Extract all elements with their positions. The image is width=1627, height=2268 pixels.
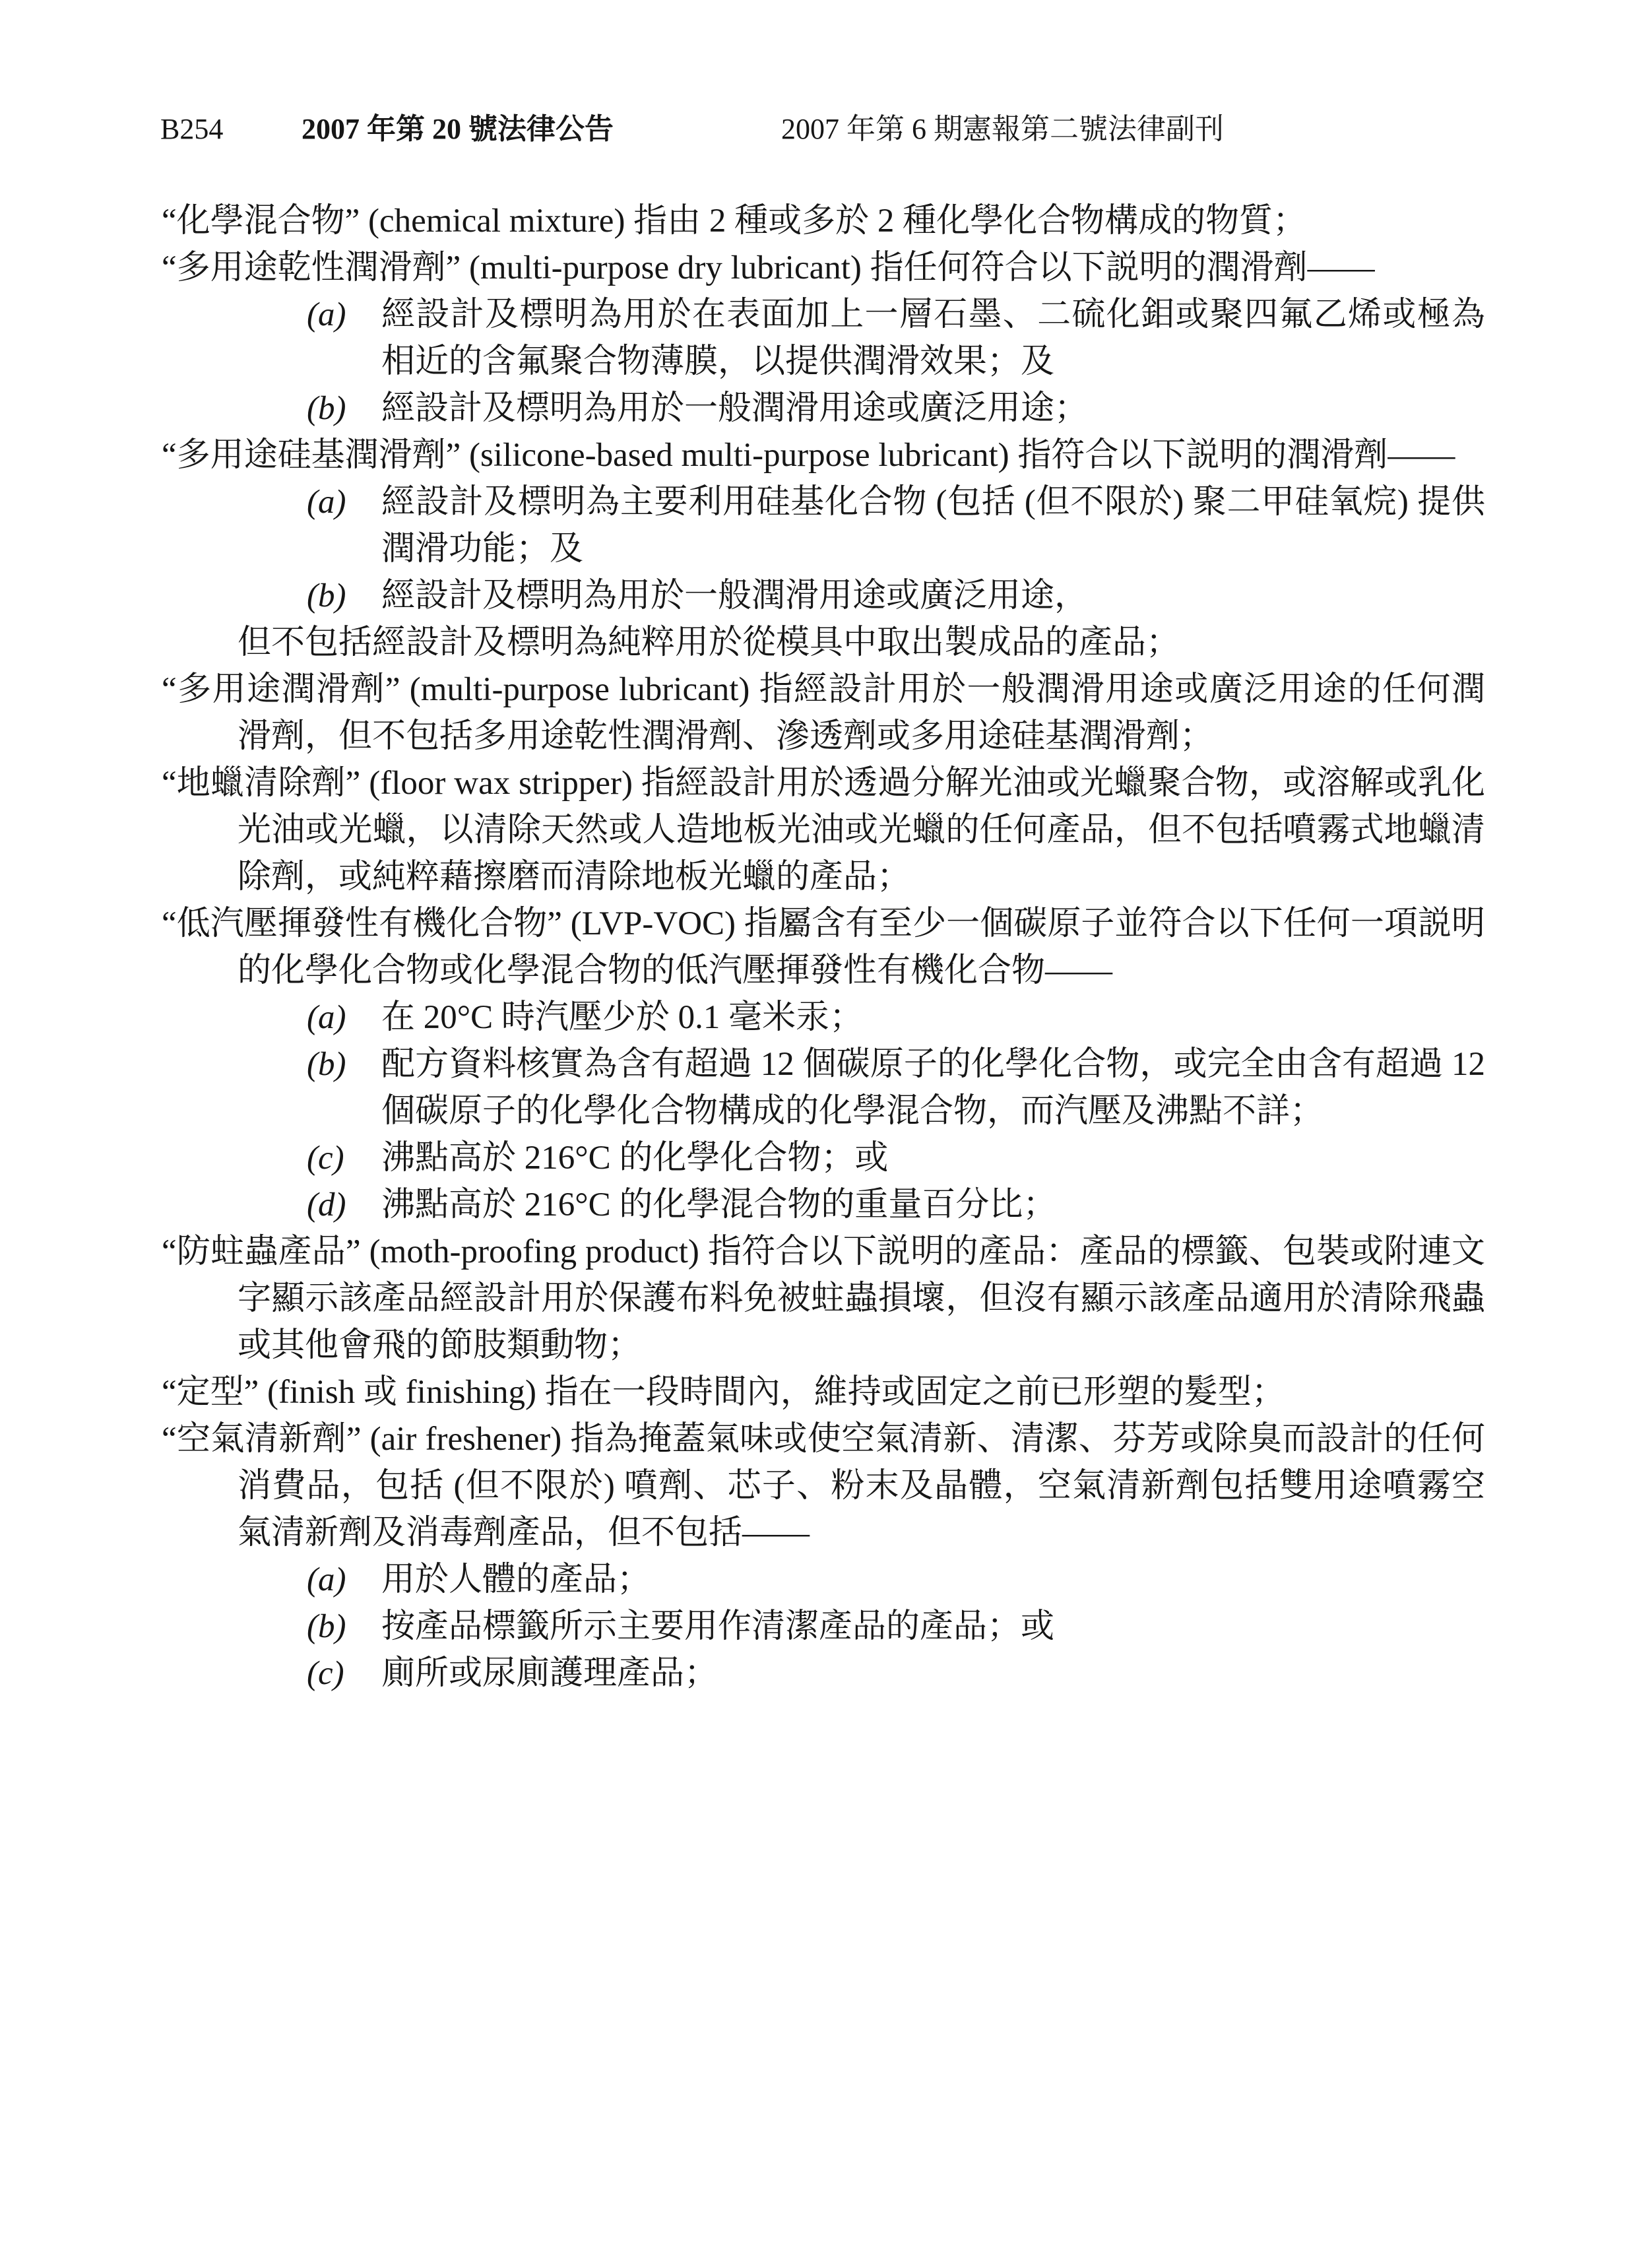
item-text: 經設計及標明為主要利用硅基化合物 (包括 (但不限於) 聚二甲硅氧烷) 提供潤滑… <box>381 479 1485 573</box>
definition-item: (a)用於人體的產品； <box>307 1557 1485 1604</box>
definition-item: (b)經設計及標明為用於一般潤滑用途或廣泛用途， <box>307 573 1485 620</box>
definition-item: (b)配方資料核實為含有超過 12 個碳原子的化學化合物，或完全由含有超過 12… <box>307 1041 1485 1135</box>
item-text: 按產品標籤所示主要用作清潔產品的產品；或 <box>381 1604 1485 1650</box>
page-number: B254 <box>160 112 223 146</box>
definition-item: (d)沸點高於 216°C 的化學混合物的重量百分比； <box>307 1182 1485 1229</box>
item-marker: (a) <box>307 479 381 573</box>
item-marker: (a) <box>307 1557 381 1604</box>
definition-entry: “多用途硅基潤滑劑” (silicone-based multi-purpose… <box>162 432 1485 479</box>
item-marker: (b) <box>307 1604 381 1650</box>
gazette-header-supplement: 2007 年第 6 期憲報第二號法律副刊 <box>781 112 1224 146</box>
item-marker: (c) <box>307 1650 381 1697</box>
definition-item: (b)按產品標籤所示主要用作清潔產品的產品；或 <box>307 1604 1485 1650</box>
definition-entry: “化學混合物” (chemical mixture) 指由 2 種或多於 2 種… <box>162 198 1485 245</box>
definition-item: (b)經設計及標明為用於一般潤滑用途或廣泛用途； <box>307 385 1485 432</box>
item-text: 在 20°C 時汽壓少於 0.1 毫米汞； <box>381 994 1485 1041</box>
item-text: 經設計及標明為用於一般潤滑用途或廣泛用途； <box>381 385 1485 432</box>
definition-tail: 但不包括經設計及標明為純粹用於從模具中取出製成品的產品； <box>238 620 1485 666</box>
item-marker: (b) <box>307 385 381 432</box>
definition-item: (c)沸點高於 216°C 的化學化合物；或 <box>307 1135 1485 1182</box>
gazette-header-notice-number: 2007 年第 20 號法律公告 <box>302 112 614 146</box>
definition-entry: “定型” (finish 或 finishing) 指在一段時間內，維持或固定之… <box>162 1369 1485 1416</box>
definition-item: (a)在 20°C 時汽壓少於 0.1 毫米汞； <box>307 994 1485 1041</box>
definition-entry: “低汽壓揮發性有機化合物” (LVP-VOC) 指屬含有至少一個碳原子並符合以下… <box>162 901 1485 994</box>
gazette-page: B254 2007 年第 20 號法律公告 2007 年第 6 期憲報第二號法律… <box>0 0 1627 2268</box>
definition-entry: “防蛀蟲產品” (moth-proofing product) 指符合以下説明的… <box>162 1229 1485 1369</box>
definition-entry: “地蠟清除劑” (floor wax stripper) 指經設計用於透過分解光… <box>162 760 1485 901</box>
item-text: 用於人體的產品； <box>381 1557 1485 1604</box>
item-marker: (a) <box>307 292 381 385</box>
definition-item: (a)經設計及標明為主要利用硅基化合物 (包括 (但不限於) 聚二甲硅氧烷) 提… <box>307 479 1485 573</box>
definition-item: (c)廁所或尿廁護理產品； <box>307 1650 1485 1697</box>
definition-item: (a)經設計及標明為用於在表面加上一層石墨、二硫化鉬或聚四氟乙烯或極為相近的含氟… <box>307 292 1485 385</box>
item-text: 經設計及標明為用於一般潤滑用途或廣泛用途， <box>381 573 1485 620</box>
item-text: 經設計及標明為用於在表面加上一層石墨、二硫化鉬或聚四氟乙烯或極為相近的含氟聚合物… <box>381 292 1485 385</box>
item-text: 沸點高於 216°C 的化學化合物；或 <box>381 1135 1485 1182</box>
item-marker: (b) <box>307 573 381 620</box>
definition-entry: “多用途潤滑劑” (multi-purpose lubricant) 指經設計用… <box>162 666 1485 760</box>
item-marker: (a) <box>307 994 381 1041</box>
definition-entry: “多用途乾性潤滑劑” (multi-purpose dry lubricant)… <box>162 245 1485 292</box>
item-marker: (d) <box>307 1182 381 1229</box>
item-marker: (c) <box>307 1135 381 1182</box>
item-text: 配方資料核實為含有超過 12 個碳原子的化學化合物，或完全由含有超過 12 個碳… <box>381 1041 1485 1135</box>
item-marker: (b) <box>307 1041 381 1135</box>
item-text: 廁所或尿廁護理產品； <box>381 1650 1485 1697</box>
item-text: 沸點高於 216°C 的化學混合物的重量百分比； <box>381 1182 1485 1229</box>
definitions: “化學混合物” (chemical mixture) 指由 2 種或多於 2 種… <box>162 198 1485 1697</box>
definition-entry: “空氣清新劑” (air freshener) 指為掩蓋氣味或使空氣清新、清潔、… <box>162 1416 1485 1557</box>
page-header: B254 2007 年第 20 號法律公告 2007 年第 6 期憲報第二號法律… <box>0 112 1627 152</box>
